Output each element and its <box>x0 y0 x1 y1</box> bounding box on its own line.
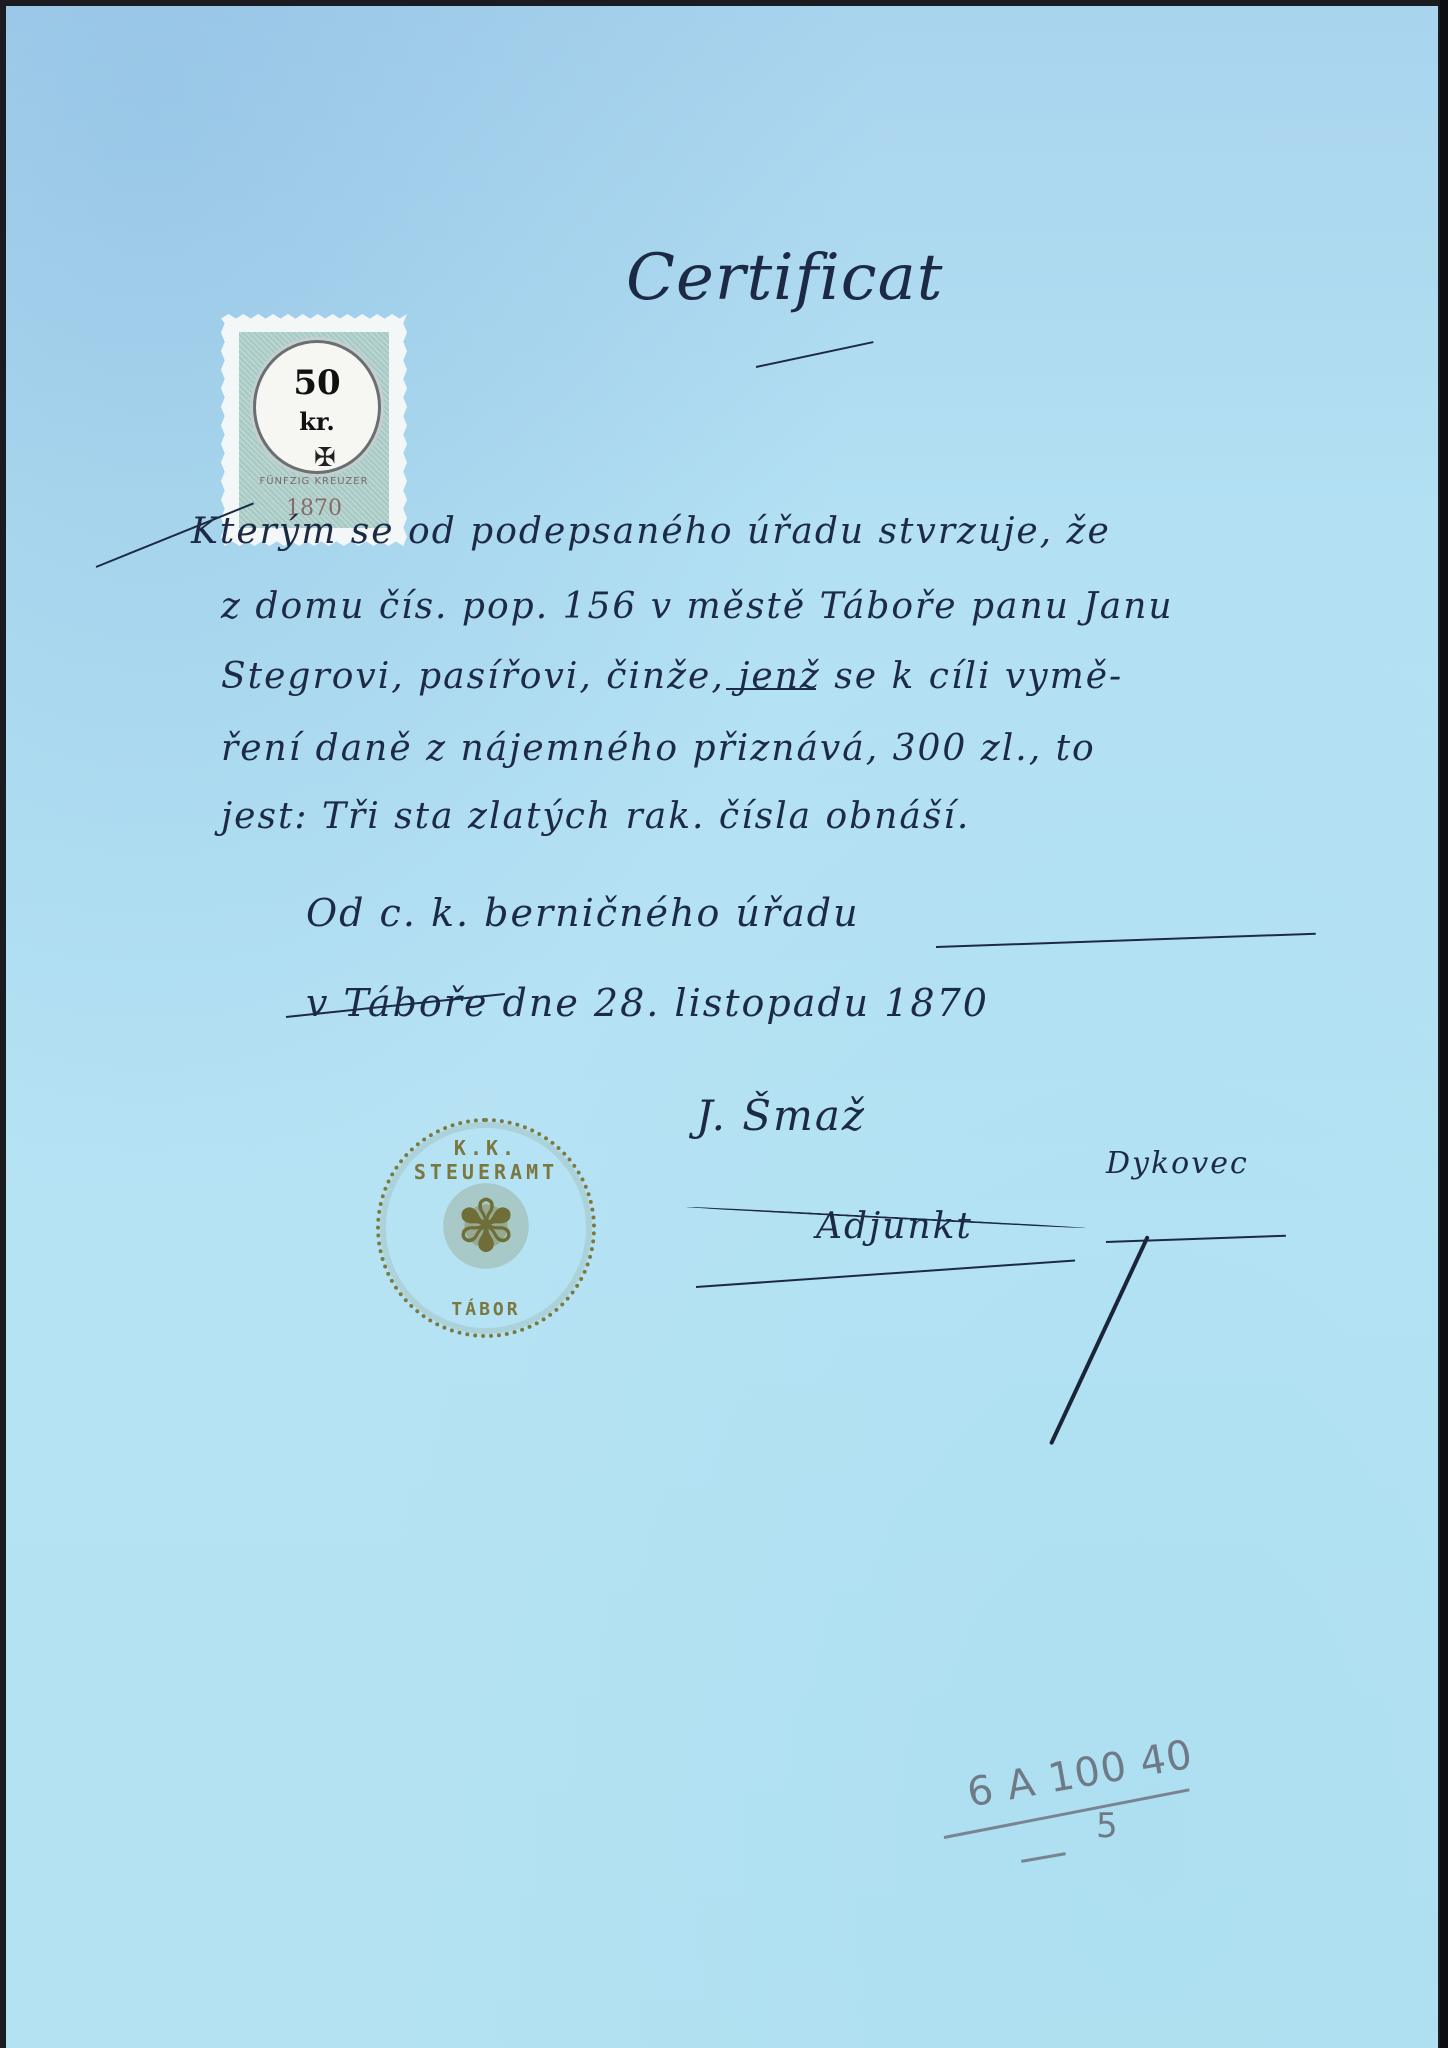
body-line-3: Stegrovi, pasířovi, činže, jenž se k cíl… <box>221 656 1123 697</box>
stamp-medallion: 50 kr. ✠ <box>253 340 381 474</box>
signature-3: Dykovec <box>1106 1146 1249 1181</box>
body-line-2: z domu čís. pop. 156 v městě Táboře panu… <box>221 586 1174 627</box>
archive-reference-dash <box>1021 1852 1066 1863</box>
body-line-5: jest: Tři sta zlatých rak. čísla obnáší. <box>221 796 970 837</box>
seal-eagle-icon: ✾ <box>436 1176 536 1276</box>
official-seal: K.K. STEUERAMT ✾ TÁBOR <box>376 1118 596 1338</box>
archive-reference-sub: 5 <box>1096 1806 1118 1846</box>
certificate-page: Certificat 50 kr. ✠ FÜNFZIG KREUZER 1870… <box>6 6 1438 2048</box>
signature-1: J. Šmaž <box>696 1091 866 1140</box>
body-line-1: Kterým se od podepsaného úřadu stvrzuje,… <box>191 511 1111 552</box>
double-eagle-icon: ✠ <box>314 443 336 473</box>
archive-reference: 6 A 100 40 <box>964 1732 1197 1817</box>
title-flourish <box>756 341 874 368</box>
document-title: Certificat <box>626 241 944 315</box>
scan-edge <box>1440 0 1448 2048</box>
signature-oval-bottom <box>696 1259 1075 1288</box>
stamp-band-text: FÜNFZIG KREUZER <box>239 476 389 487</box>
seal-bottom-text: TÁBOR <box>380 1299 592 1320</box>
signature-3-line <box>1106 1235 1286 1243</box>
stamp-value: 50 <box>256 363 378 403</box>
issuer-line: Od c. k. berničného úřadu <box>306 891 860 935</box>
signature-2: Adjunkt <box>816 1206 973 1247</box>
underline-cinze <box>726 688 816 690</box>
stamp-unit: kr. <box>256 407 378 436</box>
body-line-4: ření daně z nájemného přiznává, 300 zl.,… <box>221 728 1096 769</box>
issuer-flourish <box>936 933 1316 948</box>
signature-stroke <box>1049 1235 1150 1445</box>
